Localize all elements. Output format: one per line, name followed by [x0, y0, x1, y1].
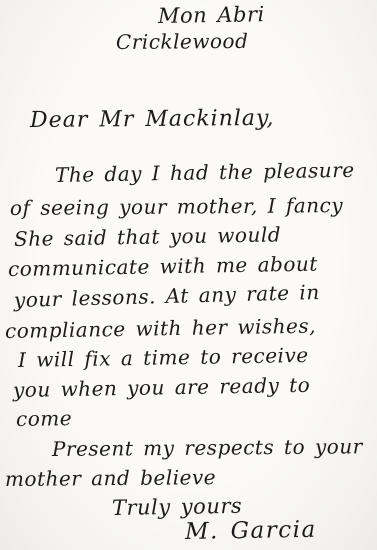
body-line-3: She said that you would [14, 222, 281, 251]
letterhead-place-name: Cricklewood [116, 29, 249, 54]
body-line-4: communicate with me about [8, 252, 318, 281]
body-line-5: your lessons. At any rate in [14, 280, 320, 312]
body-line-1: The day I had the pleasure [55, 158, 355, 187]
body2-line-2: mother and believe [5, 465, 216, 491]
closing-valediction: Truly yours [112, 494, 243, 520]
body-line-7: I will fix a time to receive [18, 343, 309, 372]
signature: M. Garcia [185, 517, 317, 545]
scanned-letter-page: Mon Abri Cricklewood Dear Mr Mackinlay, … [0, 0, 377, 550]
body-line-9: come [16, 406, 72, 431]
body-line-2: of seeing your mother, I fancy [10, 193, 343, 220]
salutation: Dear Mr Mackinlay, [30, 106, 275, 133]
body2-line-1: Present my respects to your [52, 434, 363, 461]
body-line-8: you when you are ready to [13, 373, 311, 402]
body-line-6: compliance with her wishes, [5, 314, 316, 343]
letterhead-house-name: Mon Abri [158, 2, 265, 28]
